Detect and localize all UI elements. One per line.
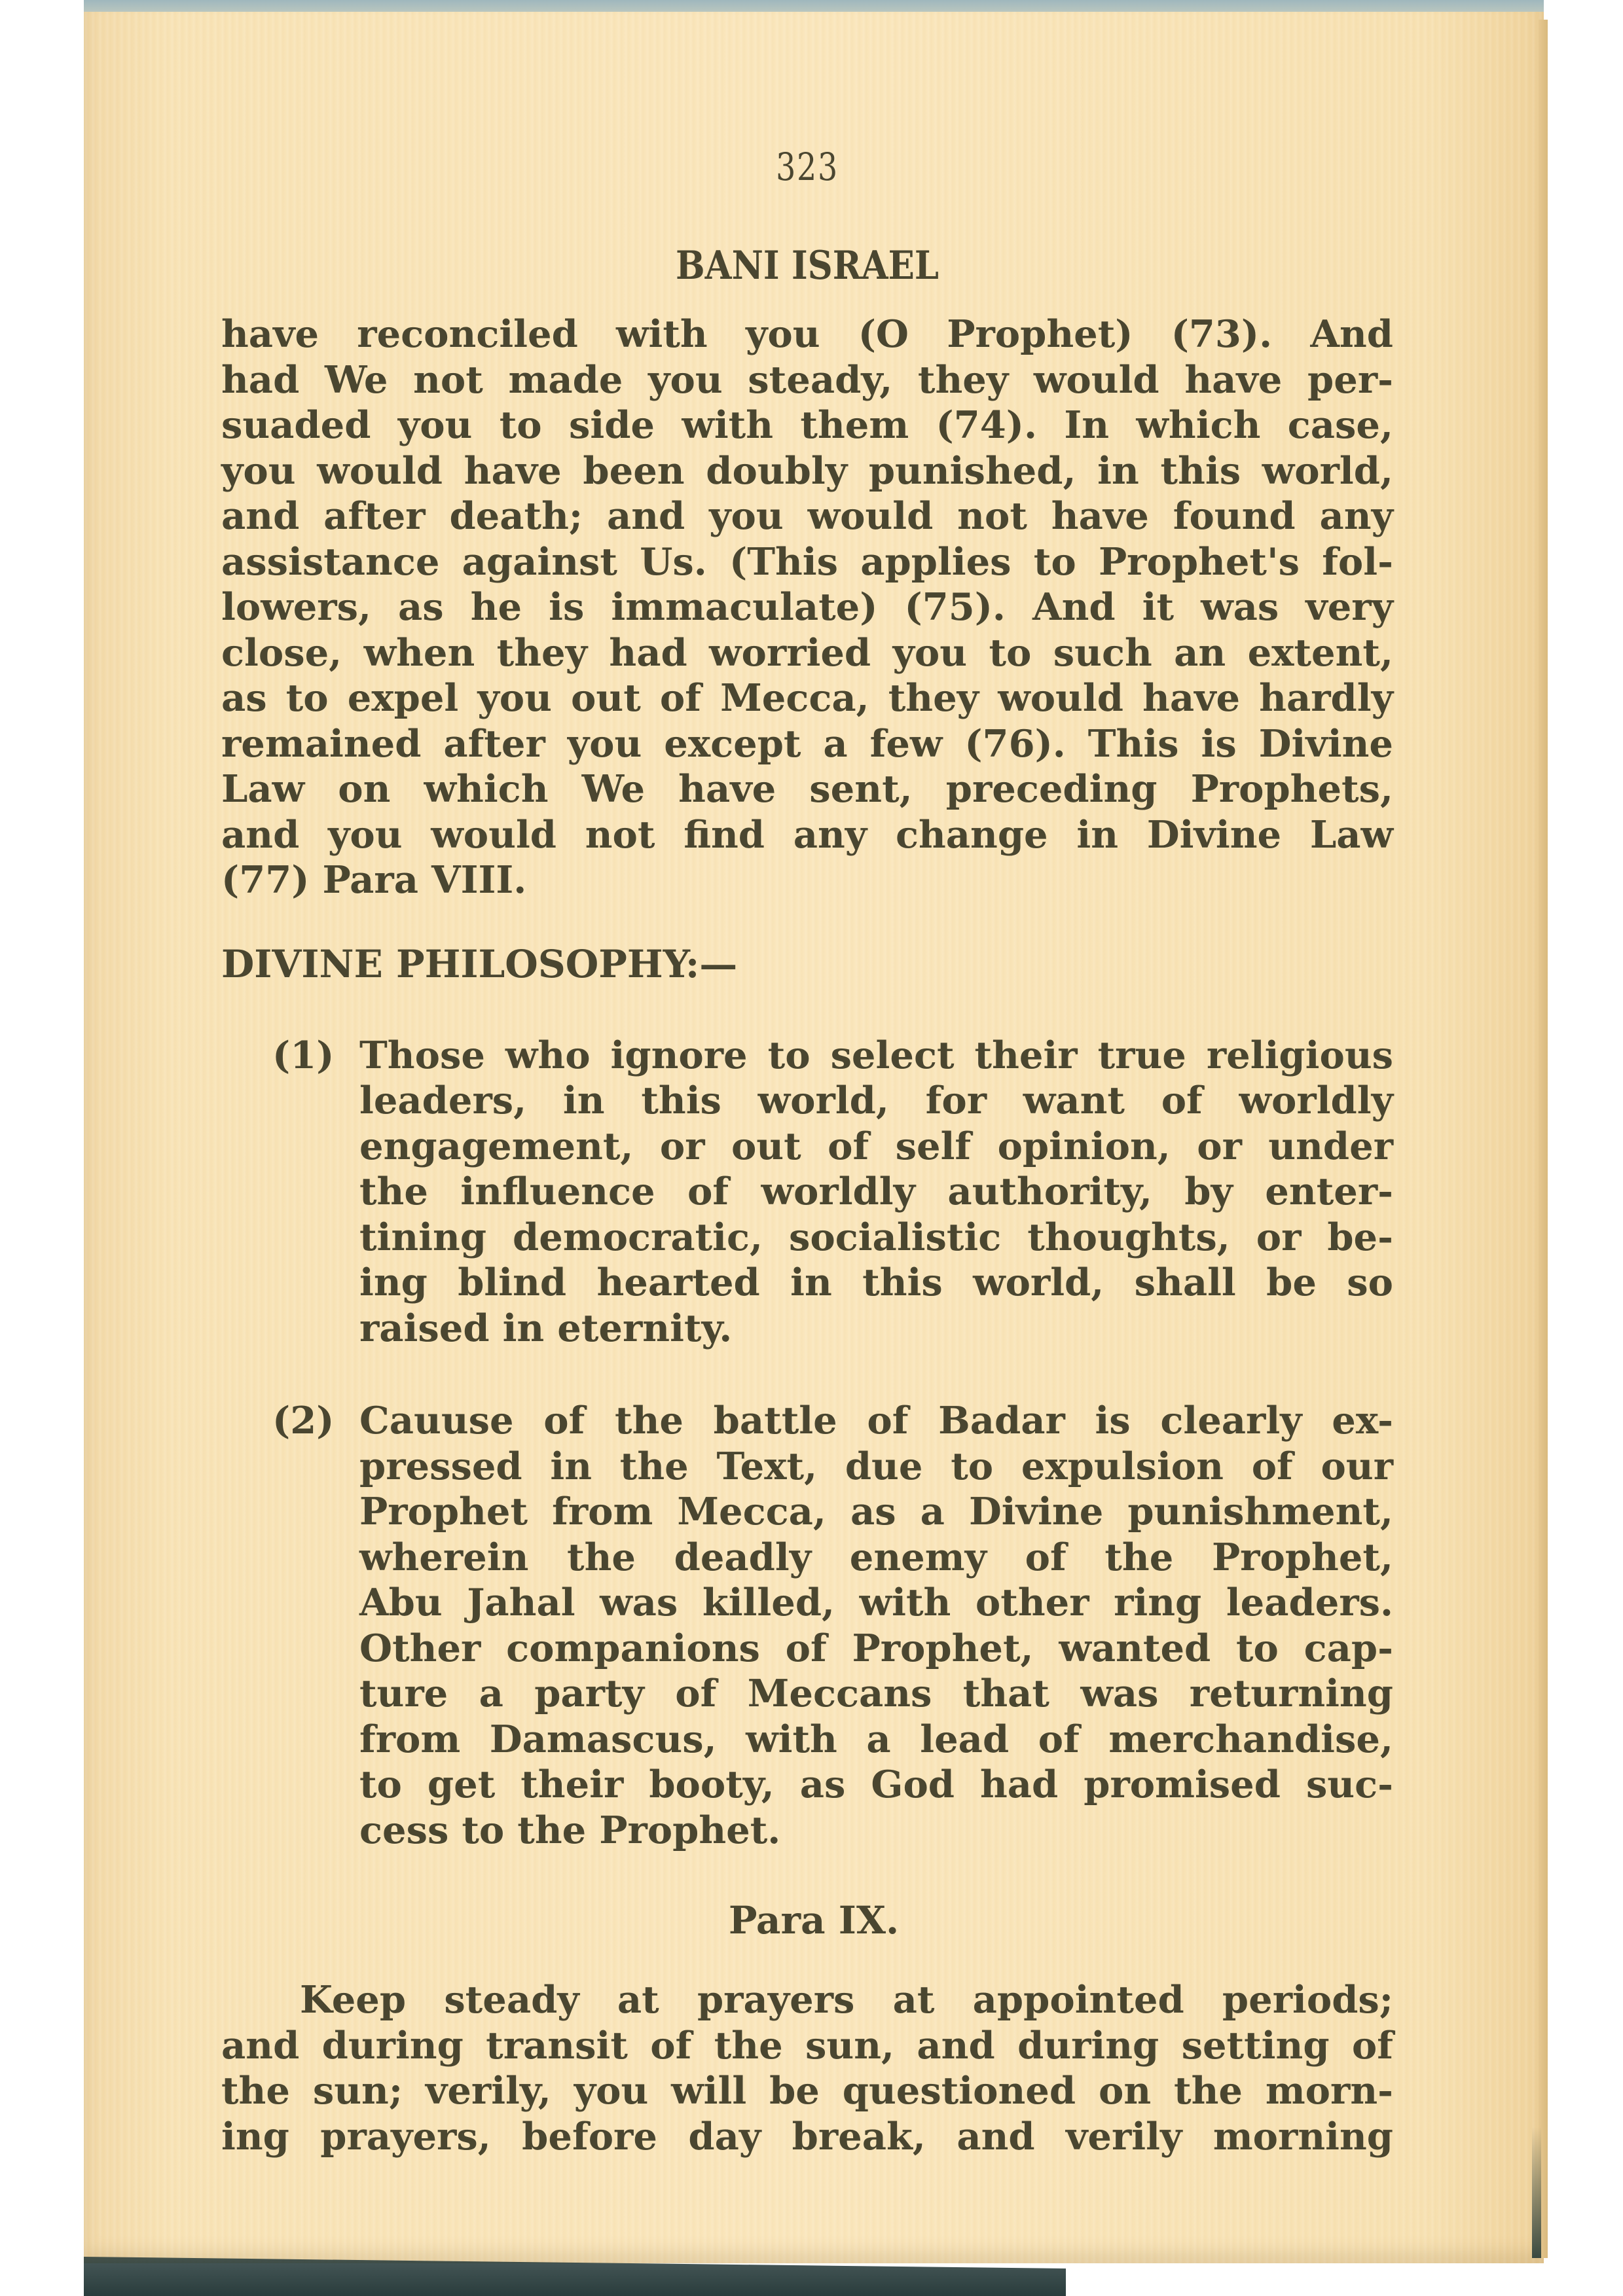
text-line: Abu Jahal was killed, with other ring le… [359, 1580, 1393, 1626]
text-line: raised in eternity. [359, 1306, 1393, 1352]
closing-paragraph: Keep steady at prayers at appointed peri… [221, 1977, 1393, 2159]
text-line: wherein the deadly enemy of the Prophet, [359, 1535, 1393, 1581]
text-line: remained after you except a few (76). Th… [221, 721, 1393, 767]
numbered-point-1: (1) Those who ignore to select their tru… [272, 1033, 1393, 1352]
text-line: the influence of worldly authority, by e… [359, 1169, 1393, 1215]
text-line: assistance against Us. (This applies to … [221, 539, 1393, 585]
point-text: Cauuse of the battle of Badar is clearly… [359, 1398, 1393, 1853]
text-line: you would have been doubly punished, in … [221, 448, 1393, 494]
point-number: (1) [272, 1033, 334, 1079]
text-line: Those who ignore to select their true re… [359, 1033, 1393, 1079]
text-line: Keep steady at prayers at appointed peri… [221, 1977, 1393, 2023]
text-line: pressed in the Text, due to expulsion of… [359, 1444, 1393, 1490]
text-line: leaders, in this world, for want of worl… [359, 1078, 1393, 1124]
text-line: close, when they had worried you to such… [221, 630, 1393, 676]
text-line: Prophet from Mecca, as a Divine punishme… [359, 1489, 1393, 1535]
section-heading: DIVINE PHILOSOPHY:— [221, 941, 1393, 987]
text-line: have reconciled with you (O Prophet) (73… [221, 312, 1393, 357]
page-right-edge [1539, 20, 1548, 2258]
page-content: 323 BANI ISRAEL have reconciled with you… [221, 131, 1393, 2159]
text-line: Other companions of Prophet, wanted to c… [359, 1626, 1393, 1672]
page-number: 323 [327, 144, 1288, 190]
text-line: from Damascus, with a lead of merchandis… [359, 1717, 1393, 1763]
running-head: BANI ISRAEL [291, 241, 1322, 291]
text-line: as to expel you out of Mecca, they would… [221, 675, 1393, 721]
text-line: (77) Para VIII. [221, 857, 1393, 903]
text-line: to get their booty, as God had promised … [359, 1762, 1393, 1808]
page-right-edge-shadow [1532, 2127, 1541, 2258]
opening-paragraph: have reconciled with you (O Prophet) (73… [221, 312, 1393, 903]
point-text: Those who ignore to select their true re… [359, 1033, 1393, 1352]
text-line: and during transit of the sun, and durin… [221, 2023, 1393, 2069]
text-line: and after death; and you would not have … [221, 493, 1393, 539]
text-line: Law on which We have sent, preceding Pro… [221, 766, 1393, 812]
text-line: lowers, as he is immaculate) (75). And i… [221, 584, 1393, 630]
text-line: cess to the Prophet. [359, 1808, 1393, 1854]
text-line: and you would not find any change in Div… [221, 812, 1393, 858]
para-heading: Para IX. [221, 1897, 1393, 1943]
text-line: engagement, or out of self opinion, or u… [359, 1124, 1393, 1170]
point-number: (2) [272, 1398, 334, 1444]
text-line: the sun; verily, you will be questioned … [221, 2068, 1393, 2114]
text-line: Cauuse of the battle of Badar is clearly… [359, 1398, 1393, 1444]
text-line: ing prayers, before day break, and veril… [221, 2114, 1393, 2160]
scanned-page-background: 323 BANI ISRAEL have reconciled with you… [0, 0, 1623, 2296]
text-line: ture a party of Meccans that was returni… [359, 1671, 1393, 1717]
text-line: ing blind hearted in this world, shall b… [359, 1260, 1393, 1306]
text-line: had We not made you steady, they would h… [221, 357, 1393, 403]
numbered-point-2: (2) Cauuse of the battle of Badar is cle… [272, 1398, 1393, 1853]
text-line: tining democratic, socialistic thoughts,… [359, 1215, 1393, 1261]
text-line: suaded you to side with them (74). In wh… [221, 403, 1393, 448]
